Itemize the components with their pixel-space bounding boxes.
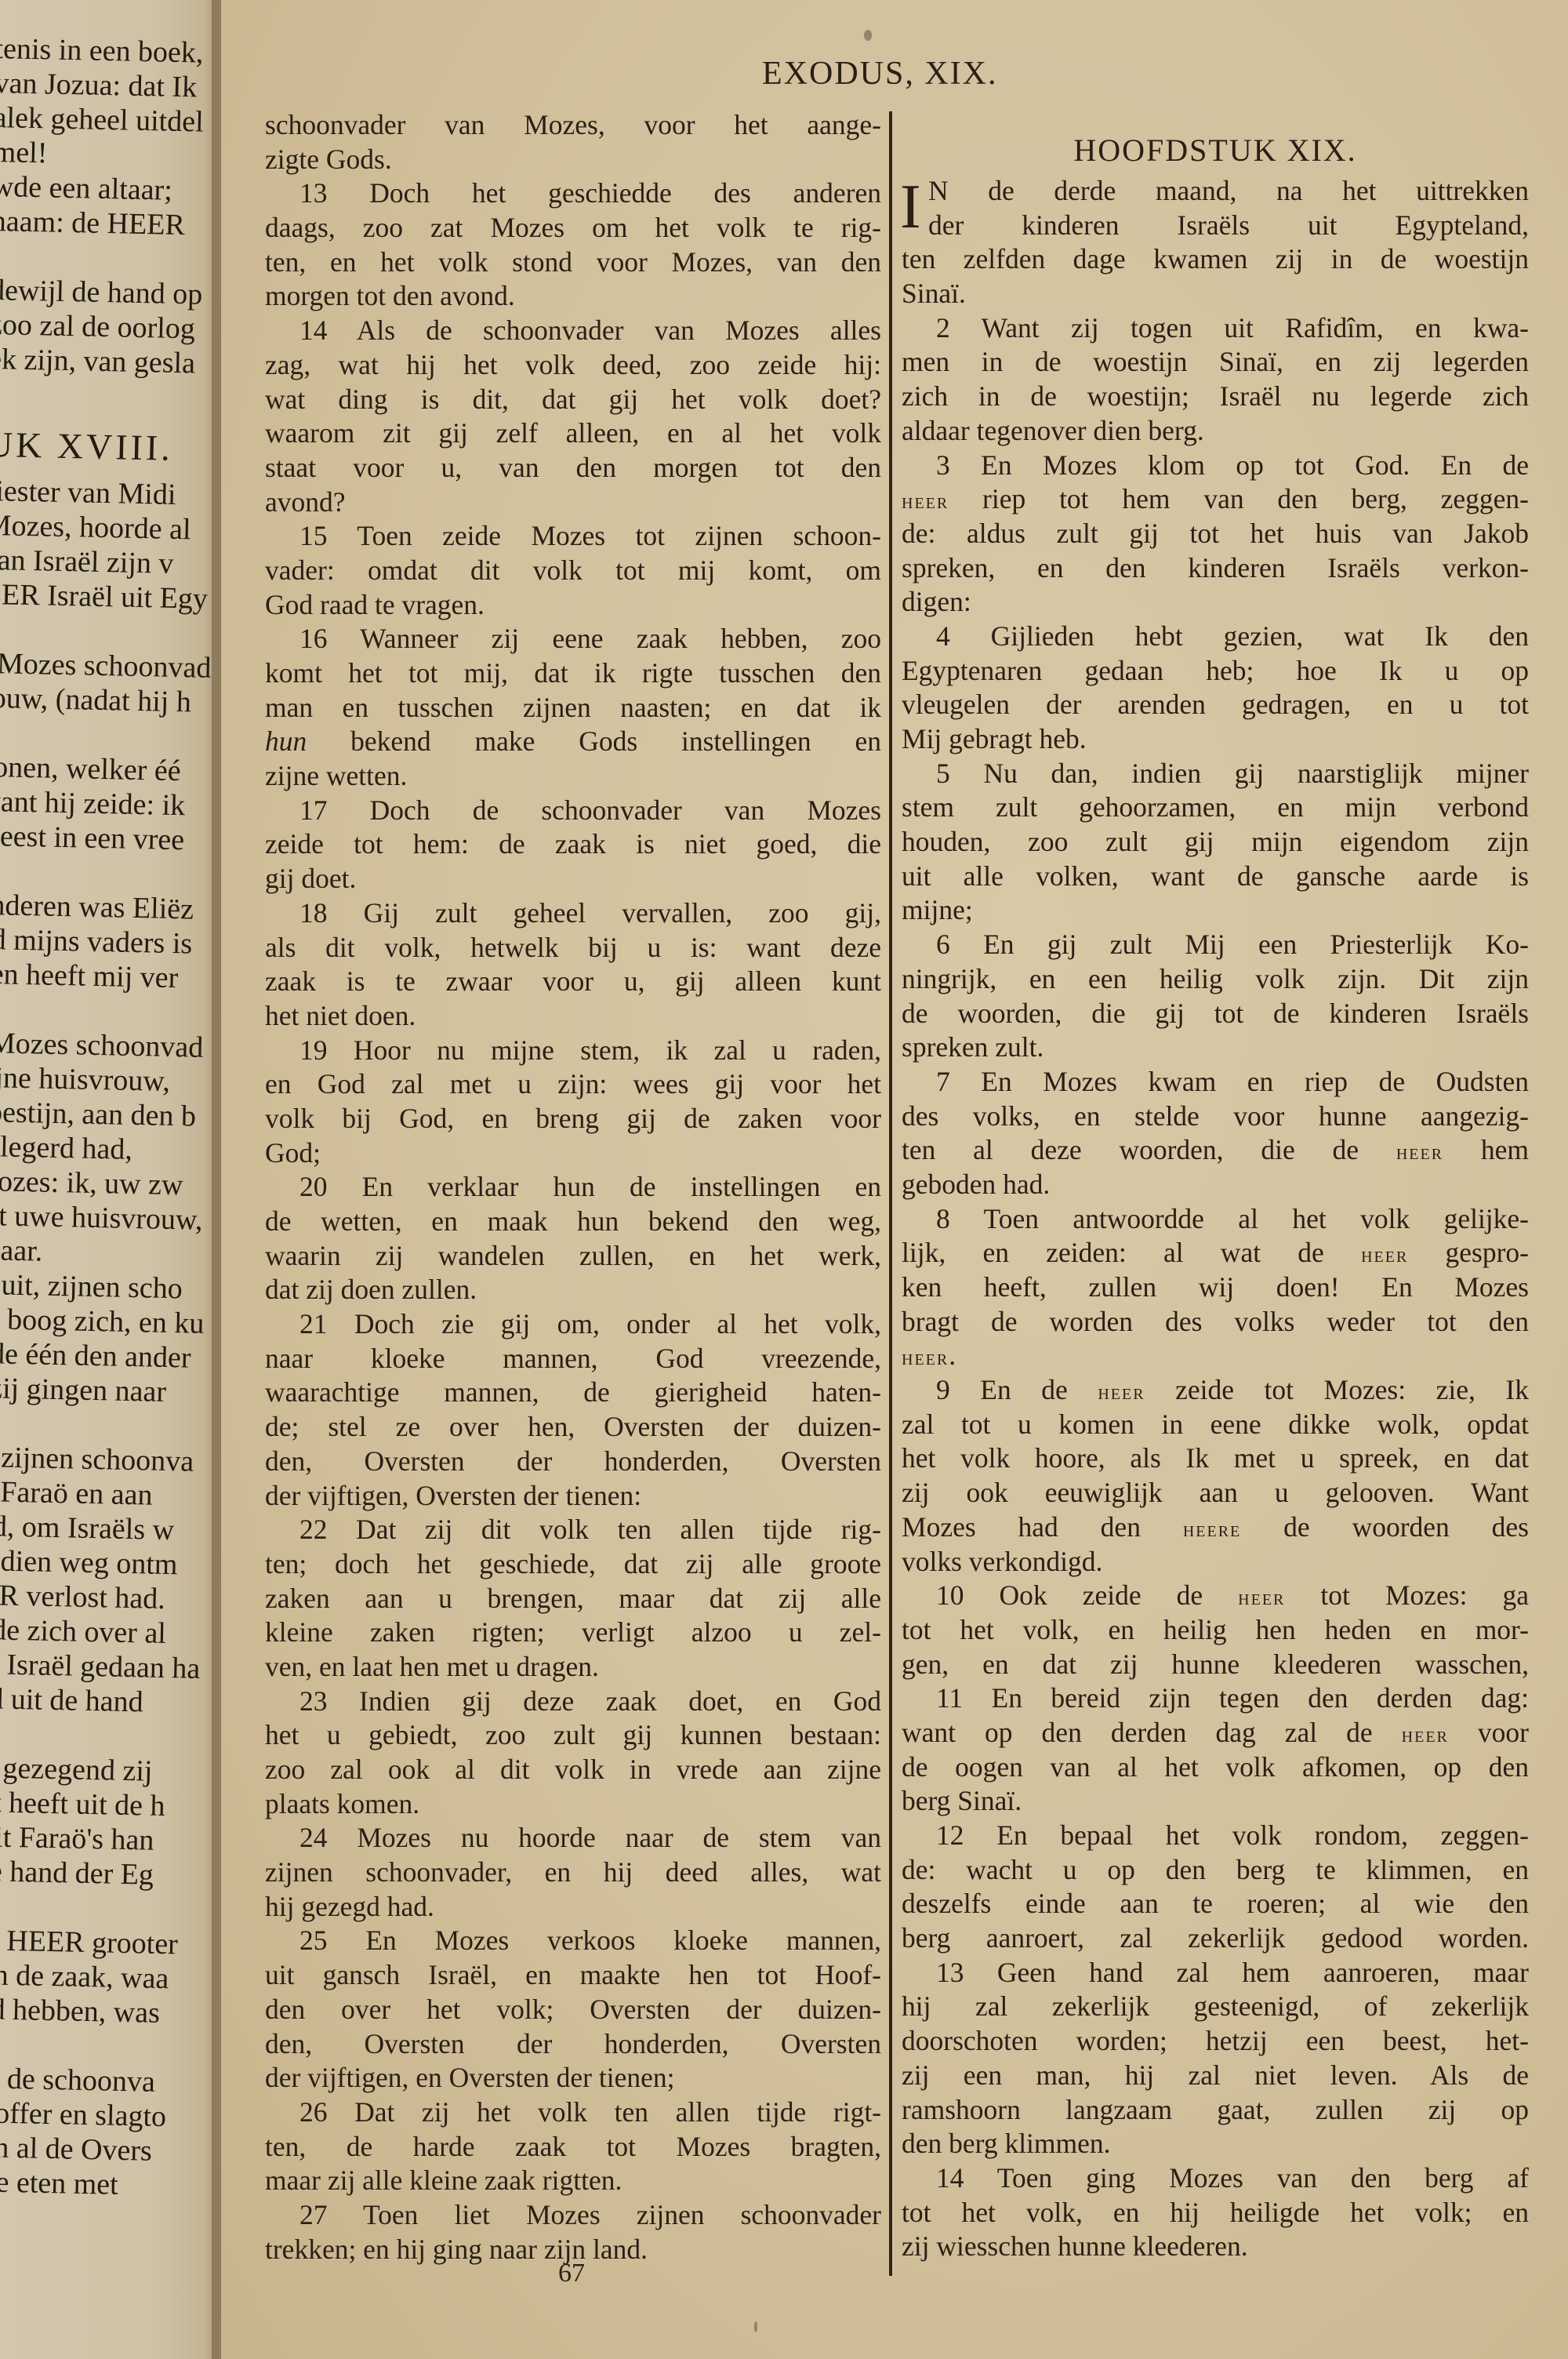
previous-page-line: UK XVIII. [0,419,221,475]
previous-page-line: dewijl de hand op [0,273,221,312]
previous-page-line: tenis in een boek, [0,31,221,71]
previous-page-line [0,1716,195,1755]
previous-page-line [0,376,221,416]
previous-page-line: weest in een vree [0,819,214,858]
previous-page-line: nt in de zaak, waa [0,1957,190,1996]
previous-page-line: want hij zeide: ik [0,784,215,823]
text-line: als dit volk, hetwelk bij u is: want dez… [265,931,881,965]
verse-start-line: 4 Gijlieden hebt gezien, wat Ik den [902,620,1529,654]
small-caps-lord: HEERE [1183,1517,1241,1542]
text-line: den, Oversten der honderden, Oversten [265,2027,881,2062]
text-line: Sinaï. [902,277,1529,311]
text-line: zijne wetten. [265,759,881,794]
previous-page-line: , en heeft mij ver [0,957,211,996]
previous-page-line: ! [0,1888,191,1927]
previous-page-line: r de hand der Eg [0,1853,192,1892]
small-caps-lord: HEER [1238,1585,1285,1610]
book-spread: tenis in een boek,van Jozua: dat Ikalek … [0,0,1568,2359]
verse-start-line: 22 Dat zij dit volk ten allen tijde rig- [265,1513,881,1547]
page-67: EXODUS, XIX. schoonvader van Mozes, voor… [221,0,1568,2359]
text-line: ten, en het volk stond voor Mozes, van d… [265,245,881,280]
previous-page-line: deld hebben, was [0,1991,190,2030]
verse-start-line: 2 Want zij togen uit Rafidîm, en kwa- [902,311,1529,346]
previous-page-line: nad uit de hand [0,1681,196,1721]
previous-page-line: n de één den ander [0,1336,203,1376]
text-line: de wetten, en maak hun bekend den weg, [265,1205,881,1239]
text-line: aldaar tegenover dien berg. [902,414,1529,449]
previous-page-line: n zij gingen naar [0,1371,202,1410]
previous-page-line: od mijns vaders is [0,922,212,961]
previous-page-line [0,715,216,754]
text-line: den over het volk; Oversten der duizen- [265,1993,881,2027]
text-line: volk bij God, en breng gij de zaken voor [265,1102,881,1136]
verse-start-line: 10 Ook zeide de HEER tot Mozes: ga [902,1579,1529,1613]
previous-page-line: EER verlost had. [0,1578,198,1617]
text-line: IN de derde maand, na het uittrekken [902,174,1529,209]
verse-start-line: 7 En Mozes kwam en riep de Oudsten [902,1065,1529,1100]
text-line: staat voor u, van den morgen tot den [265,451,881,485]
previous-page-line: anderen was Eliëz [0,888,212,927]
paper-speck [754,2321,757,2332]
text-line: dat zij doen zullen. [265,1273,881,1307]
previous-page-line: gelegerd had, [0,1129,208,1169]
text-line: HEER. [902,1339,1529,1373]
previous-page-line [0,1405,201,1445]
previous-page-line [0,853,213,892]
text-line: der vijftigen, Oversten der tienen: [265,1479,881,1514]
verse-start-line: 17 Doch de schoonvader van Mozes [265,794,881,828]
verse-start-line: 24 Mozes nu hoorde naar de stem van [265,1821,881,1856]
text-line: het volk hoore, als Ik met u spreek, en … [902,1441,1529,1476]
text-line: den berg klimmen. [902,2127,1529,2161]
previous-page-line: net uwe huisvrouw, [0,1198,206,1238]
text-line: stem zult gehoorzamen, en mijn verbond [902,791,1529,825]
text-line: want op den derden dag zal de HEER voor [902,1716,1529,1750]
verse-start-line: 26 Dat zij het volk ten allen tijde rigt… [265,2095,881,2130]
text-line: tot het volk, en hij heiligde het volk; … [902,2196,1529,2230]
previous-page-line: zijne huisvrouw, [0,1060,209,1100]
verse-start-line: 13 Geen hand zal hem aanroeren, maar [902,1956,1529,1990]
verse-start-line: 12 En bepaal het volk rondom, zeggen- [902,1819,1529,1853]
previous-page-line: lost heeft uit de h [0,1785,194,1824]
text-line: hij gezegd had. [265,1890,881,1925]
previous-page-line: hro, de schoonva [0,2060,188,2099]
previous-page-line: Mozes, hoorde al [0,508,220,547]
chapter-text: IN de derde maand, na het uittrekkender … [902,174,1529,2264]
text-line: komt het tot mij, dat ik rigte tusschen … [265,656,881,691]
text-line: en God zal met u zijn: wees gij voor het [265,1067,881,1102]
previous-page-line: had, om Israëls w [0,1509,199,1548]
text-line: zigte Gods. [265,143,881,177]
text-line: gen, en dat zij hunne kleederen wasschen… [902,1648,1529,1682]
text-line: zij ook eeuwiglijk aan u gelooven. Want [902,1476,1529,1510]
verse-start-line: 21 Doch zie gij om, onder al het volk, [265,1307,881,1342]
text-line: houden, zoo zult gij mijn eigendom zijn [902,825,1529,860]
small-caps-lord: HEER [1361,1242,1408,1267]
middle-column: schoonvader van Mozes, voor het aange-zi… [265,108,881,2266]
text-line: morgen tot den avond. [265,279,881,314]
previous-page-line: alek geheel uitdel [0,100,221,140]
text-line: der kinderen Israëls uit Egypteland, [902,209,1529,243]
text-line: het u gebiedt, zoo zult gij kunnen besta… [265,1718,881,1753]
running-head: EXODUS, XIX. [762,55,1232,93]
verse-start-line: 18 Gij zult geheel vervallen, zoo gij, [265,896,881,931]
text-line: ten zelfden dage kwamen zij in de woesti… [902,242,1529,277]
paper-speck [864,30,872,41]
page-number: 67 [558,2259,585,2288]
previous-page-line [0,991,210,1030]
previous-page-line: es uit, zijnen scho [0,1267,205,1307]
text-line: ten, de harde zaak tot Mozes bragten, [265,2130,881,2165]
text-line: kleine zaken rigten; verligt alzoo u zel… [265,1616,881,1650]
text-line: zeide tot hem: de zaak is niet goed, die [265,827,881,862]
text-line: Mozes had den HEERE de woorden des [902,1510,1529,1545]
text-line: zoo zal ook al dit volk in vrede aan zij… [265,1753,881,1787]
text-line: waarachtige mannen, de gierigheid haten- [265,1376,881,1410]
previous-page-line: , Mozes schoonvad [0,1026,209,1065]
previous-page-line: andoffer en slagto [0,2095,187,2134]
text-line: ramshoorn langzaam gaat, zullen zij op [902,2093,1529,2128]
text-line: HEER riep tot hem van den berg, zeggen- [902,482,1529,517]
previous-page-line: ER Israël gedaan ha [0,1647,197,1686]
previous-page-line: nij boog zich, en ku [0,1302,204,1341]
text-line: de; stel ze over hen, Oversten der duize… [265,1410,881,1445]
text-line: hij zal zekerlijk gesteenigd, of zekerli… [902,1990,1529,2024]
previous-page-line: riester van Midi [0,474,221,513]
verse-start-line: 16 Wanneer zij eene zaak hebben, zoo [265,622,881,656]
verse-start-line: 9 En de HEER zeide tot Mozes: zie, Ik [902,1373,1529,1408]
previous-page-line [0,612,218,651]
previous-page-line [0,238,221,278]
small-caps-lord: HEER [1402,1722,1449,1747]
text-line: zich in de woestijn; Israël nu legerde z… [902,380,1529,414]
previous-page-line: t de HEER grooter [0,1922,191,1961]
text-line: zaak is te zwaar voor u, gij alleen kunt [265,965,881,999]
previous-page-line [0,2026,189,2065]
text-line: zal tot u komen in eene dikke wolk, opda… [902,1408,1529,1442]
text-line: Egyptenaren gedaan heb; hoe Ik u op [902,654,1529,689]
text-line: schoonvader van Mozes, voor het aange- [265,108,881,143]
previous-page-line: ek zijn, van gesla [0,342,221,381]
text-line: den, Oversten der honderden, Oversten [265,1445,881,1479]
previous-page-line: od te eten met [0,2164,186,2203]
previous-page-text: tenis in een boek,van Jozua: dat Ikalek … [0,31,221,2204]
previous-page-line: Mozes: ik, uw zw [0,1164,207,1203]
previous-page-line: n uit Faraö's han [0,1819,193,1859]
text-line: geboden had. [902,1168,1529,1202]
text-line: gij doet. [265,862,881,896]
small-caps-lord: HEER [902,1345,949,1370]
verse-start-line: 23 Indien gij deze zaak doet, en God [265,1685,881,1719]
text-line: naar kloeke mannen, God vreezende, [265,1342,881,1376]
text-line: uit alle volken, want de gansche aarde i… [902,860,1529,894]
column-divider [889,111,892,2276]
previous-page-line: , Mozes schoonvad [0,646,218,685]
verse-start-line: 13 Doch het geschiedde des anderen [265,176,881,211]
text-line: daags, zoo zat Mozes om het volk te rig- [265,211,881,245]
text-line: digen: [902,585,1529,620]
verse-start-line: 27 Toen liet Mozes zijnen schoonvader [265,2198,881,2233]
text-line: ten; doch het geschiede, dat zij alle gr… [265,1547,881,1582]
previous-page-line: n, en al de Overs [0,2129,187,2168]
previous-page-line: zonen, welker éé [0,750,216,789]
text-line: ningrijk, en een heilig volk zijn. Dit z… [902,962,1529,997]
text-line: waarin zij wandelen zullen, en het werk, [265,1239,881,1274]
verse-start-line: 15 Toen zeide Mozes tot zijnen schoon- [265,519,881,554]
text-line: deszelfs einde aan te roeren; al wie den [902,1887,1529,1921]
text-line: men in de woestijn Sinaï, en zij legerde… [902,345,1529,380]
previous-page-line: an Faraö en aan [0,1474,200,1514]
text-line: zij een man, hij zal niet leven. Als de [902,2059,1529,2093]
verse-start-line: 14 Toen ging Mozes van den berg af [902,2161,1529,2196]
small-caps-lord: HEER [1396,1140,1443,1165]
previous-page-line: aan Israël zijn v [0,543,220,582]
text-line: de: wacht u op den berg te klimmen, en [902,1853,1529,1888]
text-line: ten al deze woorden, die de HEER hem [902,1133,1529,1168]
text-line: God; [265,1136,881,1171]
text-line: zij wiesschen hunne kleederen. [902,2230,1529,2264]
text-line: berg Sinaï. [902,1784,1529,1819]
text-line: plaats komen. [265,1787,881,1822]
previous-page-line: op dien weg ontm [0,1543,199,1583]
text-line: de: aldus zult gij tot het huis van Jako… [902,517,1529,551]
verse-start-line: 6 En gij zult Mij een Priesterlijk Ko- [902,928,1529,962]
text-line: volks verkondigd. [902,1545,1529,1579]
previous-page-line: voestijn, aan den b [0,1095,209,1134]
previous-page-fragment: tenis in een boek,van Jozua: dat Ikalek … [0,0,221,2359]
text-line: vleugelen der arenden gedragen, en u tot [902,688,1529,722]
verse-start-line: 14 Als de schoonvader van Mozes alles [265,314,881,348]
text-line: zag, wat hij het volk deed, zoo zeide hi… [265,348,881,383]
text-line: de woorden, die gij tot de kinderen Isra… [902,997,1529,1031]
verse-start-line: 19 Hoor nu mijne stem, ik zal u raden, [265,1034,881,1068]
text-line: hun bekend make Gods instellingen en [265,725,881,759]
text-line: de oogen van al het volk afkomen, op den [902,1750,1529,1785]
previous-page-line: de zijnen schoonva [0,1440,201,1479]
text-line: tot het volk, en heilig hen heden en mor… [902,1613,1529,1648]
text-line: vader: omdat dit volk tot mij komt, om [265,554,881,588]
text-line: doorschoten worden; hetzij een beest, he… [902,2024,1529,2059]
text-line: ken heeft, zullen wij doen! En Mozes [902,1270,1529,1305]
previous-page-line: de: gezegend zij [0,1750,194,1790]
verse-start-line: 5 Nu dan, indien gij naarstiglijk mijner [902,757,1529,791]
verse-start-line: 3 En Mozes klom op tot God. En de [902,449,1529,483]
previous-page-line: t haar. [0,1233,205,1272]
italic-word: hun [265,725,307,757]
text-line: der vijftigen, en Oversten der tienen; [265,2061,881,2095]
text-line: lijk, en zeiden: al wat de HEER gespro- [902,1236,1529,1270]
text-line: waarom zit gij zelf alleen, en al het vo… [265,416,881,451]
text-line: zijnen schoonvader, en hij deed alles, w… [265,1856,881,1890]
verse-start-line: 25 En Mozes verkoos kloeke mannen, [265,1924,881,1958]
text-line: berg aanroert, zal zekerlijk gedood word… [902,1921,1529,1956]
small-caps-lord: HEER [902,489,949,514]
previous-page-line: zoo zal de oorlog [0,307,221,347]
text-line: Mij gebragt heb. [902,722,1529,757]
text-line: man en tusschen zijnen naasten; en dat i… [265,691,881,725]
verse-start-line: 8 Toen antwoordde al het volk gelijke- [902,1202,1529,1237]
text-line: bragt de worden des volks weder tot den [902,1305,1529,1339]
text-line: uit gansch Israël, en maakte hen tot Hoo… [265,1958,881,1993]
verse-start-line: 20 En verklaar hun de instellingen en [265,1170,881,1205]
text-line: ven, en laat hen met u dragen. [265,1650,881,1685]
previous-page-line: van Jozua: dat Ik [0,66,221,105]
right-column: HOOFDSTUK XIX. IN de derde maand, na het… [902,125,1529,2264]
small-caps-lord: HEER [1098,1379,1145,1405]
text-line: avond? [265,485,881,520]
chapter-title: HOOFDSTUK XIX. [902,127,1529,174]
previous-page-line: rouw, (nadat hij h [0,681,217,720]
text-line: wat ding is dit, dat gij het volk doet? [265,383,881,417]
verse-start-line: 11 En bereid zijn tegen den derden dag: [902,1681,1529,1716]
text-line: spreken, en den kinderen Israëls verkon- [902,551,1529,586]
text-line: des volks, en stelde voor hunne aangezig… [902,1100,1529,1134]
text-line: het niet doen. [265,999,881,1034]
text-line: spreken zult. [902,1030,1529,1065]
previous-page-line: ugde zich over al [0,1612,198,1652]
previous-page-line: wde een altaar; [0,169,221,209]
text-line: God raad te vragen. [265,588,881,623]
previous-page-line: naam: de HEER [0,204,221,243]
previous-page-line: EER Israël uit Egy [0,577,219,616]
previous-page-line: mel! [0,135,221,174]
text-line: zaken aan u brengen, maar dat zij alle [265,1582,881,1616]
text-line: mijne; [902,893,1529,928]
text-line: maar zij alle kleine zaak rigtten. [265,2164,881,2198]
